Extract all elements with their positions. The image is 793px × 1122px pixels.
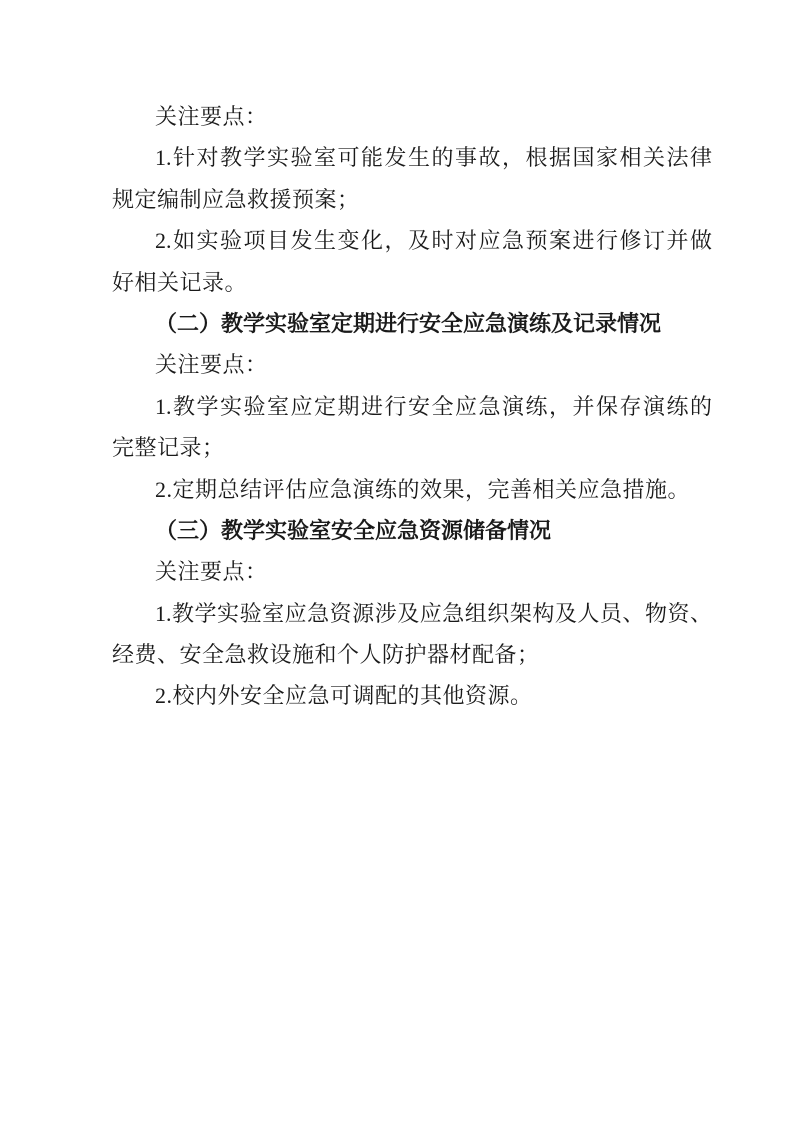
- paragraph-line: 2.如实验项目发生变化，及时对应急预案进行修订并做: [112, 220, 712, 261]
- paragraph-line: 1.教学实验室应定期进行安全应急演练，并保存演练的: [112, 386, 712, 427]
- section-heading-2: （二）教学实验室定期进行安全应急演练及记录情况: [112, 303, 712, 344]
- paragraph-line: 完整记录；: [112, 427, 712, 468]
- document-page: 关注要点： 1.针对教学实验室可能发生的事故，根据国家相关法律 规定编制应急救援…: [0, 0, 793, 1122]
- focus-points-label: 关注要点：: [112, 551, 712, 592]
- paragraph-line: 好相关记录。: [112, 262, 712, 303]
- document-body: 关注要点： 1.针对教学实验室可能发生的事故，根据国家相关法律 规定编制应急救援…: [112, 96, 712, 717]
- paragraph-line: 经费、安全急救设施和个人防护器材配备；: [112, 634, 712, 675]
- section-heading-3: （三）教学实验室安全应急资源储备情况: [112, 510, 712, 551]
- focus-points-label: 关注要点：: [112, 344, 712, 385]
- paragraph-line: 1.针对教学实验室可能发生的事故，根据国家相关法律: [112, 137, 712, 178]
- paragraph-line: 2.校内外安全应急可调配的其他资源。: [112, 675, 712, 716]
- paragraph-line: 规定编制应急救援预案；: [112, 179, 712, 220]
- focus-points-label: 关注要点：: [112, 96, 712, 137]
- paragraph-line: 1.教学实验室应急资源涉及应急组织架构及人员、物资、: [112, 593, 712, 634]
- paragraph-line: 2.定期总结评估应急演练的效果，完善相关应急措施。: [112, 469, 712, 510]
